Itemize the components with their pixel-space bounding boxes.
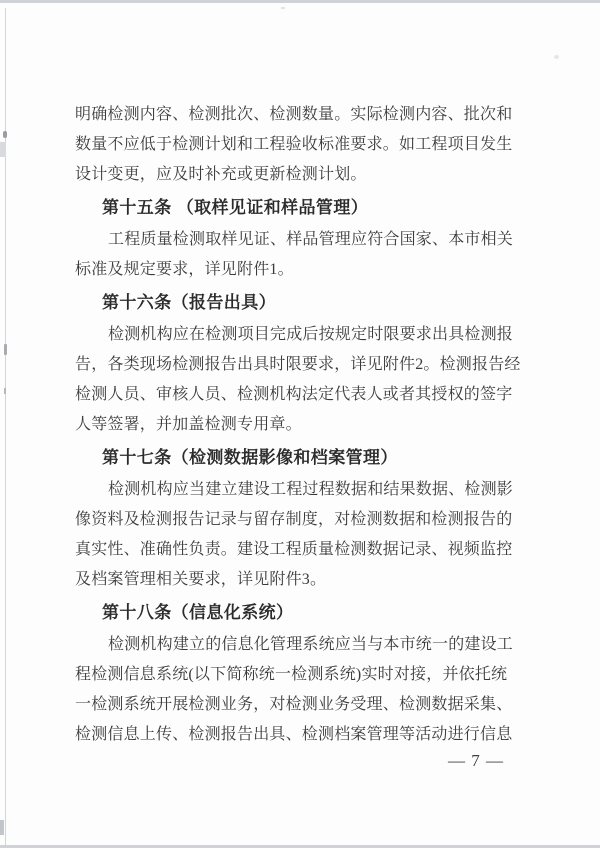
scan-smudge — [0, 820, 4, 835]
text-line: 检测信息上传、检测报告出具、检测档案管理等活动进行信息 — [75, 720, 520, 750]
text-line: 告，各类现场检测报告出具时限要求，详见附件2。检测报告经 — [75, 350, 520, 380]
document-content: 明确检测内容、检测批次、检测数量。实际检测内容、批次和数量不应低于检测计划和工程… — [75, 100, 520, 750]
scan-speck — [281, 7, 285, 9]
text-line: 数量不应低于检测计划和工程验收标准要求。如工程项目发生 — [75, 130, 520, 160]
text-line: 真实性、准确性负责。建设工程质量检测数据记录、视频监控 — [75, 535, 520, 565]
scan-smudge — [4, 344, 7, 355]
text-line: 及档案管理相关要求，详见附件3。 — [75, 565, 520, 595]
scan-edge-top — [0, 0, 600, 3]
document-page: 明确检测内容、检测批次、检测数量。实际检测内容、批次和数量不应低于检测计划和工程… — [0, 0, 600, 848]
text-line: 人等签署，并加盖检测专用章。 — [75, 410, 520, 440]
text-line: 工程质量检测取样见证、样品管理应符合国家、本市相关 — [75, 225, 520, 255]
article-heading: 第十五条 （取样见证和样品管理） — [75, 193, 520, 223]
article-heading: 第十八条（信息化系统） — [75, 598, 520, 628]
text-line: 标准及规定要求，详见附件1。 — [75, 255, 520, 285]
article-heading: 第十七条（检测数据影像和档案管理） — [75, 443, 520, 473]
text-line: 检测人员、审核人员、检测机构法定代表人或者其授权的签字 — [75, 380, 520, 410]
article-heading: 第十六条（报告出具） — [75, 288, 520, 318]
scan-smudge — [0, 142, 6, 157]
scan-smudge — [3, 131, 7, 138]
text-line: 程检测信息系统(以下简称统一检测系统)实时对接，并依托统 — [75, 660, 520, 690]
text-line: 检测机构应在检测项目完成后按规定时限要求出具检测报 — [75, 320, 520, 350]
text-line: 明确检测内容、检测批次、检测数量。实际检测内容、批次和 — [75, 100, 520, 130]
text-line: 检测机构建立的信息化管理系统应当与本市统一的建设工 — [75, 630, 520, 660]
text-line: 检测机构应当建立建设工程过程数据和结果数据、检测影 — [75, 475, 520, 505]
text-line: 一检测系统开展检测业务，对检测业务受理、检测数据采集、 — [75, 690, 520, 720]
text-line: 设计变更，应及时补充或更新检测计划。 — [75, 160, 520, 190]
scan-speck — [554, 55, 559, 59]
page-number: — 7 — — [448, 751, 504, 771]
text-line: 像资料及检测报告记录与留存制度，对检测数据和检测报告的 — [75, 505, 520, 535]
scan-smudge — [4, 388, 6, 394]
